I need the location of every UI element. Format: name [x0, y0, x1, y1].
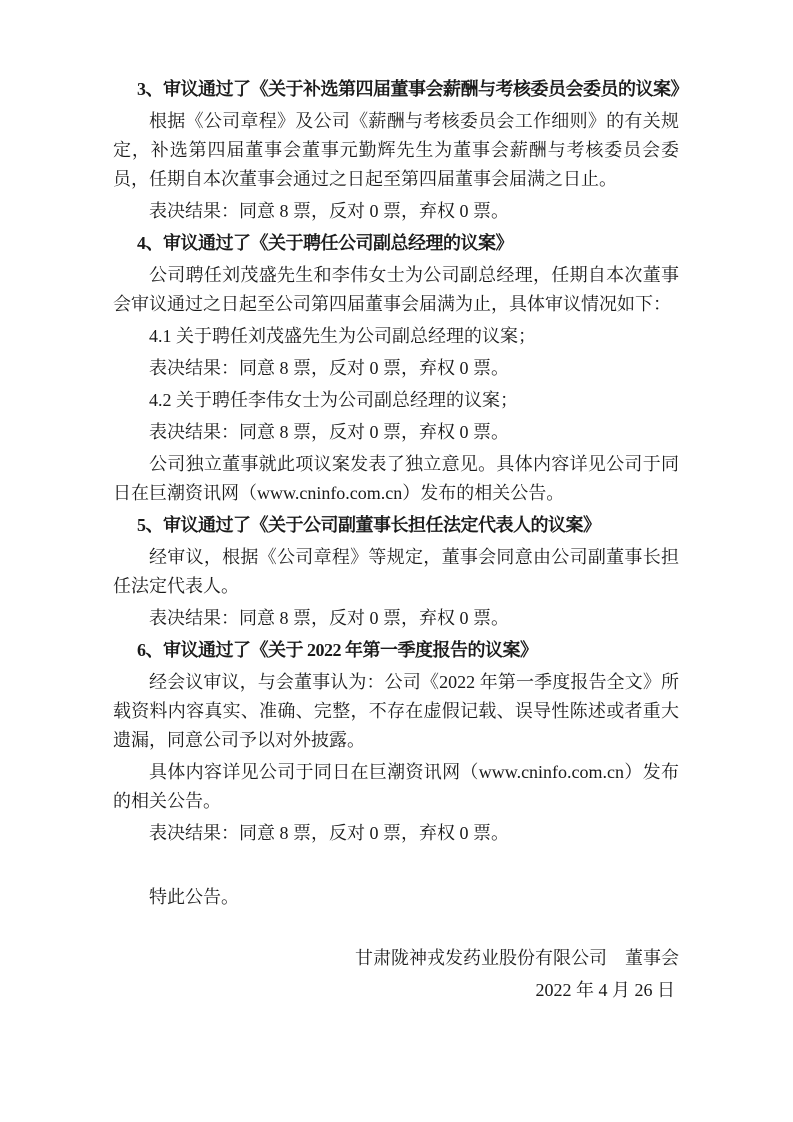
section-4-vote-result-2: 表决结果：同意 8 票，反对 0 票，弃权 0 票。 — [113, 418, 679, 447]
closing-statement: 特此公告。 — [113, 883, 679, 912]
section-5-paragraph: 经审议，根据《公司章程》等规定，董事会同意由公司副董事长担任法定代表人。 — [113, 543, 679, 601]
section-6-paragraph: 经会议审议，与会董事认为：公司《2022 年第一季度报告全文》所载资料内容真实、… — [113, 668, 679, 755]
signature-company: 甘肃陇神戎发药业股份有限公司 董事会 — [113, 944, 679, 973]
section-4-sub-item-2: 4.2 关于聘任李伟女士为公司副总经理的议案； — [113, 386, 679, 415]
section-4-paragraph: 公司聘任刘茂盛先生和李伟女士为公司副总经理，任期自本次董事会审议通过之日起至公司… — [113, 261, 679, 319]
section-5-vote-result: 表决结果：同意 8 票，反对 0 票，弃权 0 票。 — [113, 604, 679, 633]
section-4-heading: 4、审议通过了《关于聘任公司副总经理的议案》 — [113, 229, 679, 258]
section-4-vote-result-1: 表决结果：同意 8 票，反对 0 票，弃权 0 票。 — [113, 354, 679, 383]
section-5-heading: 5、审议通过了《关于公司副董事长担任法定代表人的议案》 — [113, 511, 679, 540]
section-4-sub-item-1: 4.1 关于聘任刘茂盛先生为公司副总经理的议案； — [113, 322, 679, 351]
signature-block: 甘肃陇神戎发药业股份有限公司 董事会 2022 年 4 月 26 日 — [113, 944, 679, 1005]
section-4-independent-directors-note: 公司独立董事就此项议案发表了独立意见。具体内容详见公司于同日在巨潮资讯网（www… — [113, 450, 679, 508]
section-3-paragraph: 根据《公司章程》及公司《薪酬与考核委员会工作细则》的有关规定，补选第四届董事会董… — [113, 107, 679, 194]
announcement-body: 3、审议通过了《关于补选第四届董事会薪酬与考核委员会委员的议案》 根据《公司章程… — [113, 72, 679, 1005]
section-6-disclosure-note: 具体内容详见公司于同日在巨潮资讯网（www.cninfo.com.cn）发布的相… — [113, 758, 679, 816]
document-page: 3、审议通过了《关于补选第四届董事会薪酬与考核委员会委员的议案》 根据《公司章程… — [0, 0, 793, 1122]
section-6-heading: 6、审议通过了《关于 2022 年第一季度报告的议案》 — [113, 636, 679, 665]
signature-date: 2022 年 4 月 26 日 — [113, 976, 675, 1005]
section-3-heading: 3、审议通过了《关于补选第四届董事会薪酬与考核委员会委员的议案》 — [113, 75, 679, 104]
section-3-vote-result: 表决结果：同意 8 票，反对 0 票，弃权 0 票。 — [113, 197, 679, 226]
section-6-vote-result: 表决结果：同意 8 票，反对 0 票，弃权 0 票。 — [113, 819, 679, 848]
